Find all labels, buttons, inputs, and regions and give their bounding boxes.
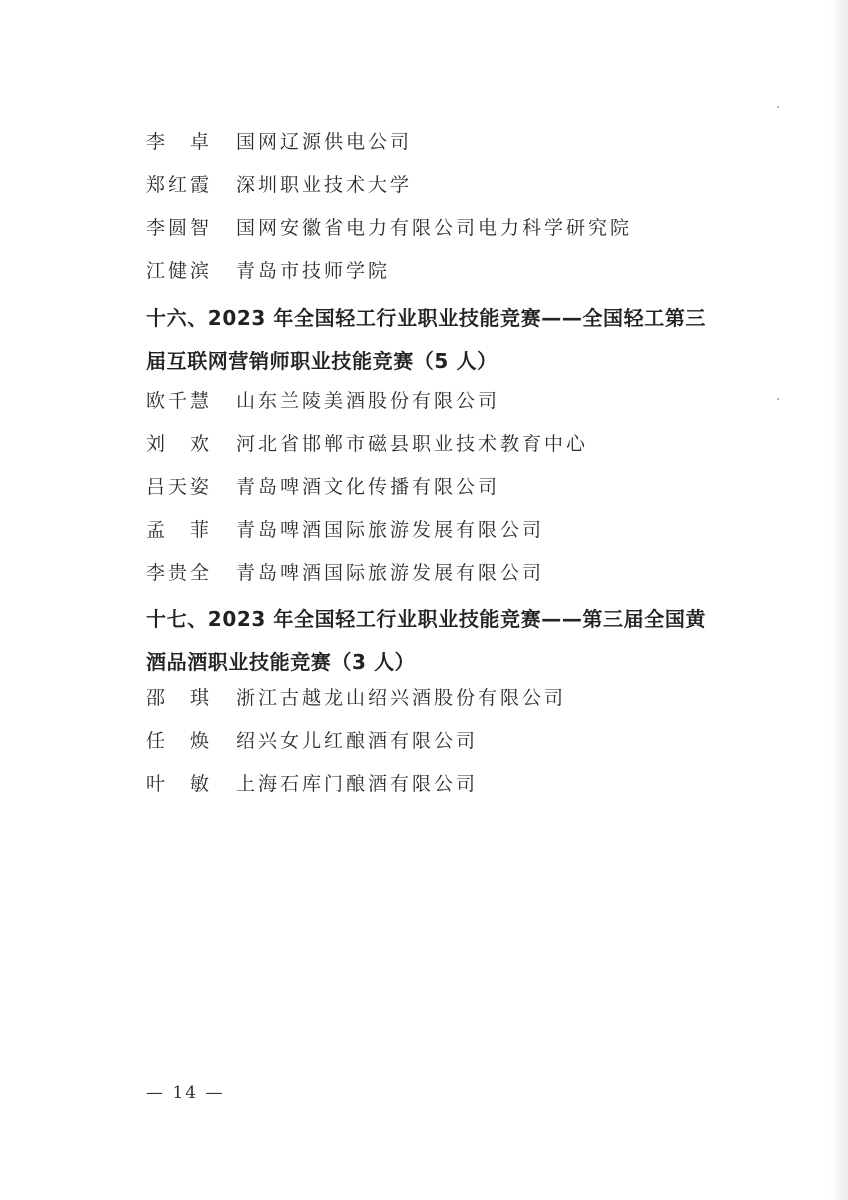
- organization: 深圳职业技术大学: [236, 170, 412, 200]
- list-item: 刘 欢河北省邯郸市磁县职业技术教育中心: [146, 429, 588, 459]
- scan-speck: [777, 398, 779, 400]
- list-item: 欧千慧山东兰陵美酒股份有限公司: [146, 386, 500, 416]
- organization: 上海石库门酿酒有限公司: [236, 769, 478, 799]
- person-name: 欧千慧: [146, 386, 236, 416]
- person-name: 郑红霞: [146, 170, 236, 200]
- person-name: 刘 欢: [146, 429, 236, 459]
- person-name: 吕天姿: [146, 472, 236, 502]
- list-item: 李贵全青岛啤酒国际旅游发展有限公司: [146, 558, 544, 588]
- person-name: 李贵全: [146, 558, 236, 588]
- section-heading-continued: 届互联网营销师职业技能竞赛（5 人）: [146, 339, 726, 383]
- organization: 青岛市技师学院: [236, 256, 390, 286]
- organization: 青岛啤酒文化传播有限公司: [236, 472, 500, 502]
- organization: 河北省邯郸市磁县职业技术教育中心: [236, 429, 588, 459]
- page-number: — 14 —: [146, 1080, 224, 1106]
- section-heading: 十七、2023 年全国轻工行业职业技能竞赛——第三届全国黄: [146, 597, 726, 641]
- list-item: 叶 敏上海石库门酿酒有限公司: [146, 769, 478, 799]
- list-item: 江健滨青岛市技师学院: [146, 256, 390, 286]
- organization: 国网辽源供电公司: [236, 127, 412, 157]
- list-item: 李圆智国网安徽省电力有限公司电力科学研究院: [146, 213, 632, 243]
- person-name: 江健滨: [146, 256, 236, 286]
- organization: 国网安徽省电力有限公司电力科学研究院: [236, 213, 632, 243]
- person-name: 李 卓: [146, 127, 236, 157]
- list-item: 任 焕绍兴女儿红酿酒有限公司: [146, 726, 478, 756]
- organization: 绍兴女儿红酿酒有限公司: [236, 726, 478, 756]
- list-item: 孟 菲青岛啤酒国际旅游发展有限公司: [146, 515, 544, 545]
- list-item: 李 卓国网辽源供电公司: [146, 127, 412, 157]
- person-name: 孟 菲: [146, 515, 236, 545]
- list-item: 邵 琪浙江古越龙山绍兴酒股份有限公司: [146, 683, 566, 713]
- person-name: 邵 琪: [146, 683, 236, 713]
- scan-edge-shadow: [830, 0, 848, 1200]
- person-name: 李圆智: [146, 213, 236, 243]
- list-item: 吕天姿青岛啤酒文化传播有限公司: [146, 472, 500, 502]
- organization: 山东兰陵美酒股份有限公司: [236, 386, 500, 416]
- organization: 青岛啤酒国际旅游发展有限公司: [236, 515, 544, 545]
- person-name: 叶 敏: [146, 769, 236, 799]
- scan-speck: [777, 106, 779, 108]
- organization: 青岛啤酒国际旅游发展有限公司: [236, 558, 544, 588]
- list-item: 郑红霞深圳职业技术大学: [146, 170, 412, 200]
- section-heading: 十六、2023 年全国轻工行业职业技能竞赛——全国轻工第三: [146, 296, 726, 340]
- person-name: 任 焕: [146, 726, 236, 756]
- organization: 浙江古越龙山绍兴酒股份有限公司: [236, 683, 566, 713]
- section-heading-continued: 酒品酒职业技能竞赛（3 人）: [146, 640, 726, 684]
